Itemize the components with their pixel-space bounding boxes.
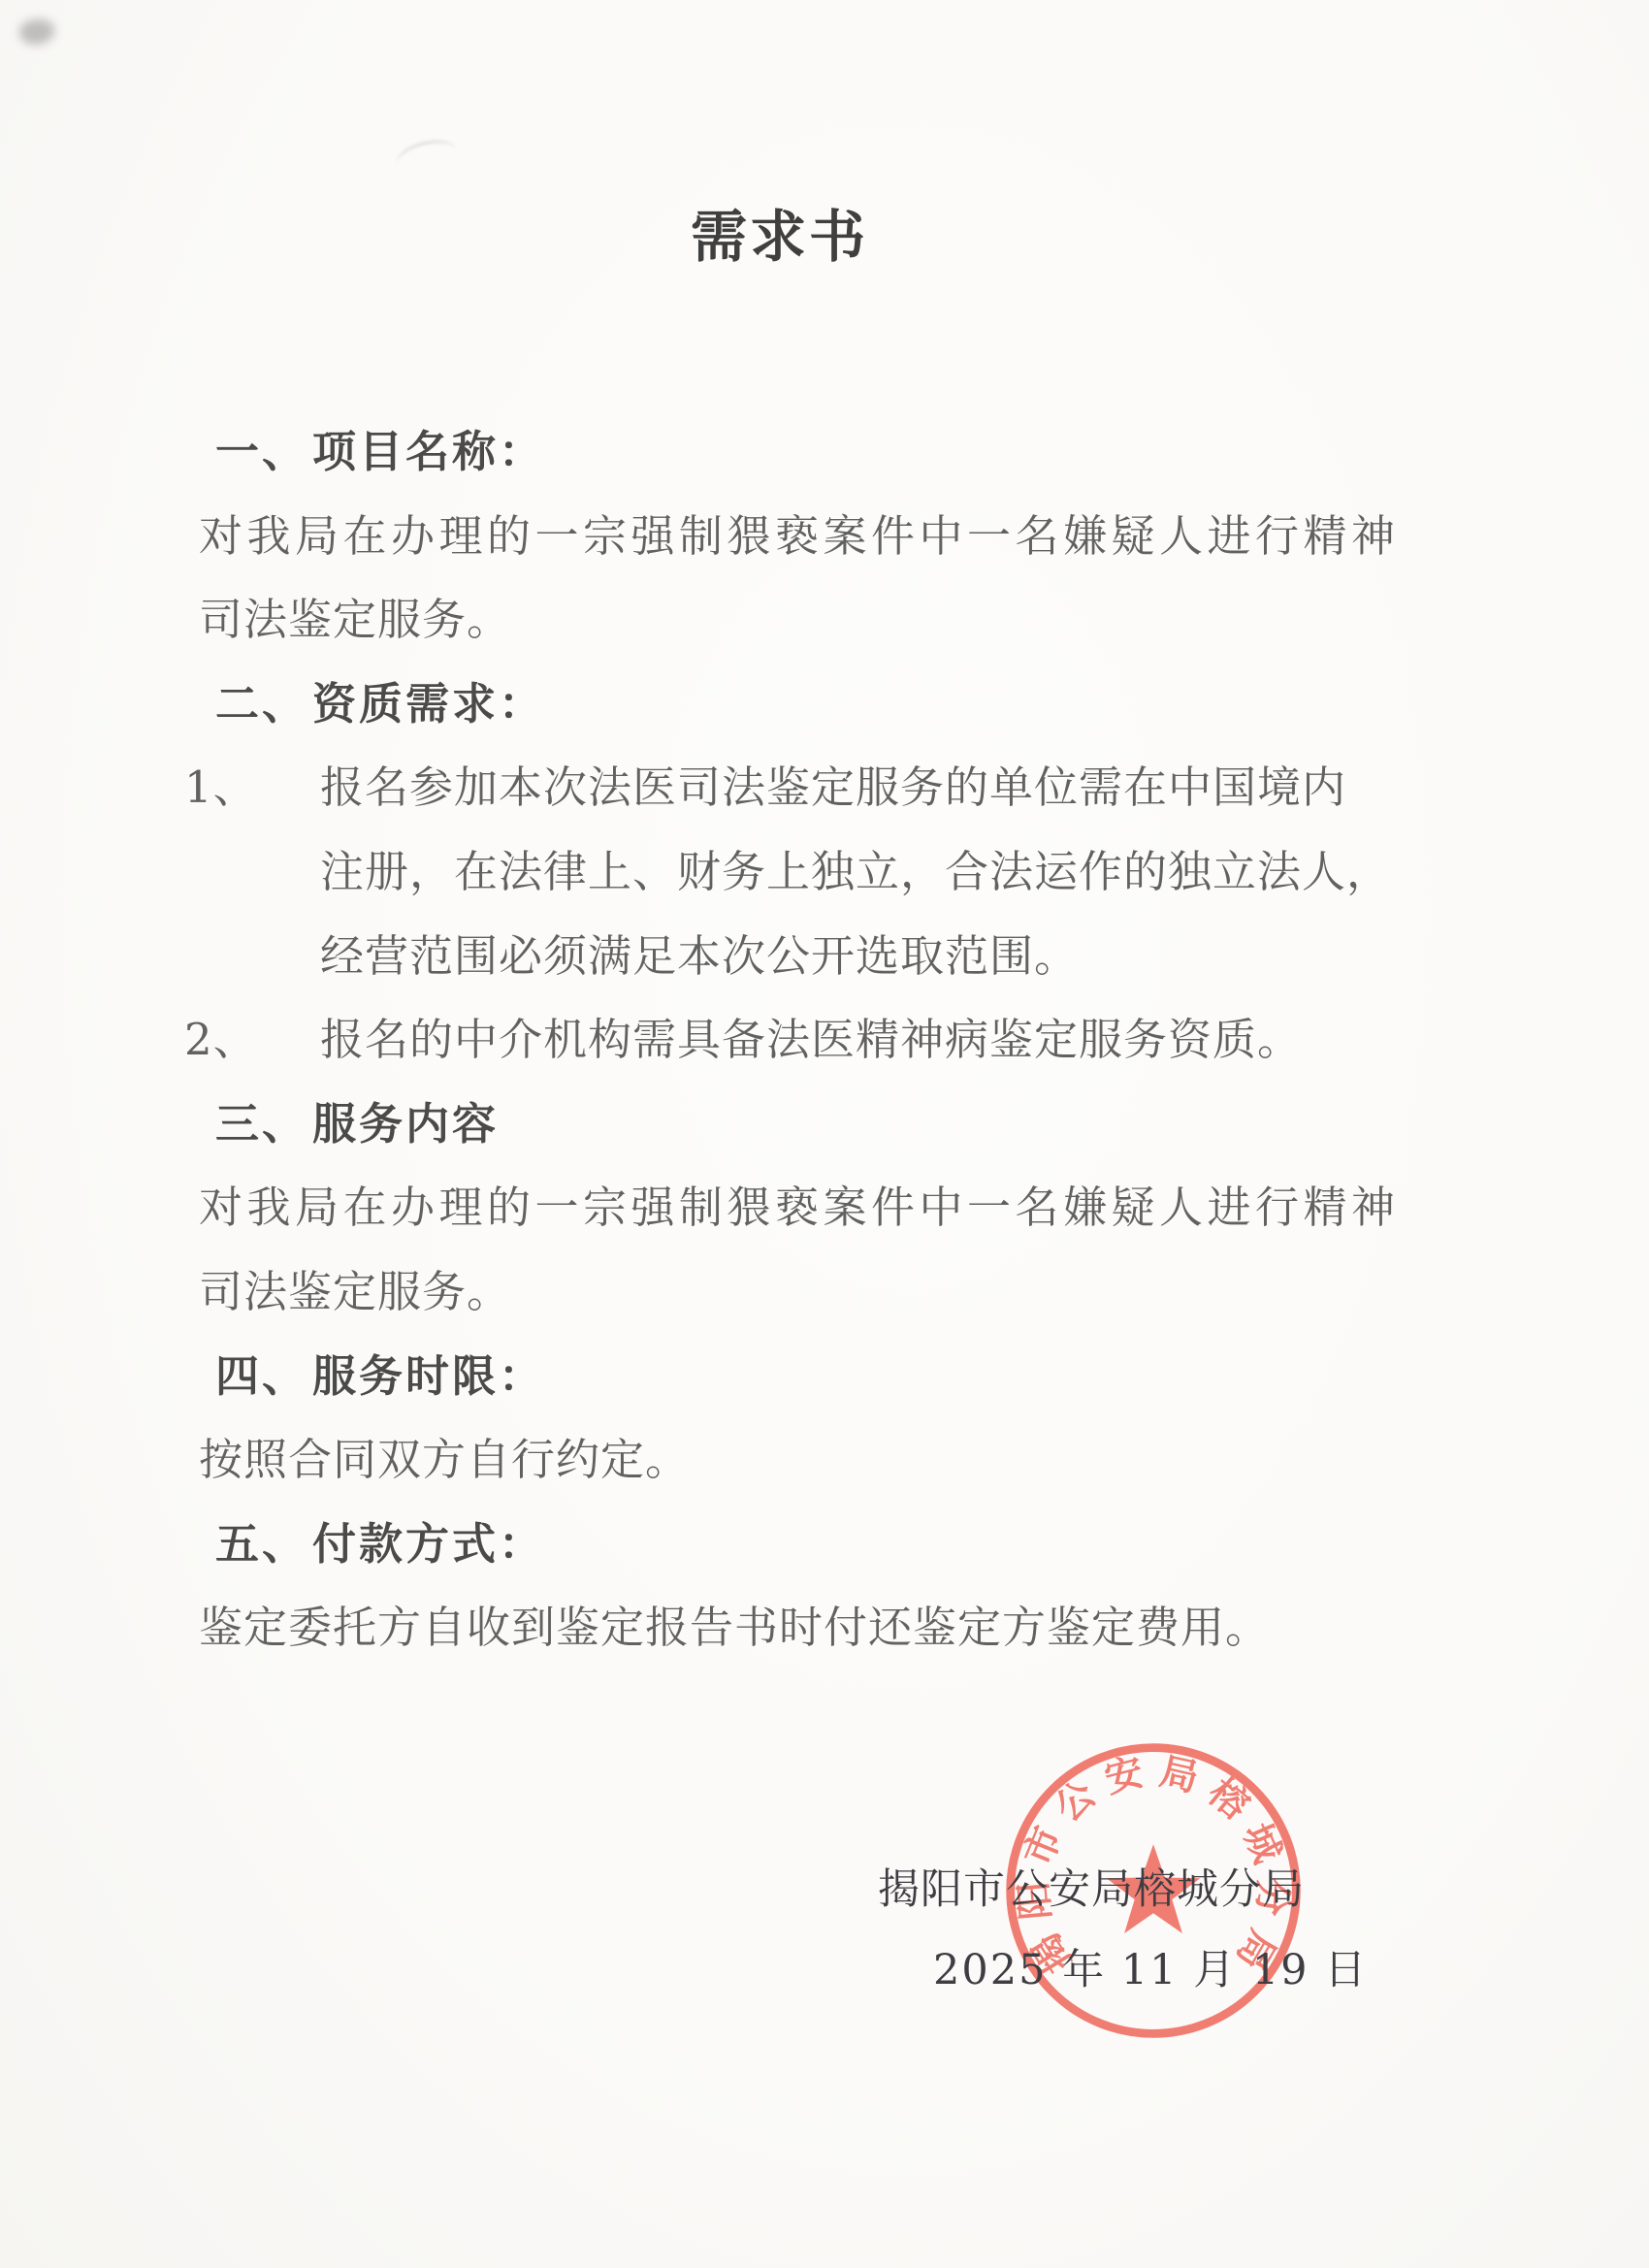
section-1-heading: 一、 项目名称： — [0, 425, 1649, 509]
item-number: 1、 — [184, 761, 258, 815]
section-title: 服务时限： — [312, 1349, 545, 1404]
paragraph-line: 对我局在办理的一宗强制猥亵案件中一名嫌疑人进行精神 — [0, 1181, 1649, 1265]
signature-organization: 揭阳市公安局榕城分局 — [878, 1857, 1305, 1916]
item-continuation-line: 注册，在法律上、财务上独立，合法运作的独立法人， — [0, 845, 1649, 929]
paragraph-line: 司法鉴定服务。 — [0, 593, 1649, 677]
numbered-item: 2、 报名的中介机构需具备法医精神病鉴定服务资质。 — [0, 1013, 1649, 1097]
paragraph-line: 司法鉴定服务。 — [0, 1265, 1649, 1349]
section-5-heading: 五、 付款方式： — [0, 1517, 1649, 1602]
scan-artifact-corner — [19, 19, 54, 45]
signature-date: 2025 年 11 月 19 日 — [933, 1937, 1368, 1996]
section-title: 项目名称： — [312, 425, 545, 479]
document-title: 需求书 — [691, 206, 868, 268]
numbered-item: 1、 报名参加本次法医司法鉴定服务的单位需在中国境内 — [0, 761, 1649, 845]
section-3-heading: 三、 服务内容 — [0, 1097, 1649, 1182]
document-body: 一、 项目名称： 对我局在办理的一宗强制猥亵案件中一名嫌疑人进行精神 司法鉴定服… — [0, 425, 1649, 1685]
section-number: 一、 — [215, 425, 308, 479]
section-title: 资质需求： — [312, 677, 545, 731]
item-continuation-line: 经营范围必须满足本次公开选取范围。 — [0, 929, 1649, 1014]
section-title: 付款方式： — [312, 1517, 545, 1571]
paragraph-line: 对我局在办理的一宗强制猥亵案件中一名嫌疑人进行精神 — [0, 509, 1649, 594]
paragraph-line: 按照合同双方自行约定。 — [0, 1433, 1649, 1517]
section-number: 二、 — [215, 677, 308, 731]
section-number: 四、 — [215, 1349, 308, 1404]
section-2-heading: 二、 资质需求： — [0, 677, 1649, 761]
section-title: 服务内容 — [312, 1097, 499, 1151]
section-number: 五、 — [215, 1517, 308, 1571]
paragraph-line: 鉴定委托方自收到鉴定报告书时付还鉴定方鉴定费用。 — [0, 1601, 1649, 1685]
scanned-page: 需求书 一、 项目名称： 对我局在办理的一宗强制猥亵案件中一名嫌疑人进行精神 司… — [0, 0, 1649, 2268]
item-number: 2、 — [184, 1013, 258, 1067]
section-4-heading: 四、 服务时限： — [0, 1349, 1649, 1434]
section-number: 三、 — [215, 1097, 308, 1151]
scan-artifact-squiggle — [393, 135, 461, 181]
